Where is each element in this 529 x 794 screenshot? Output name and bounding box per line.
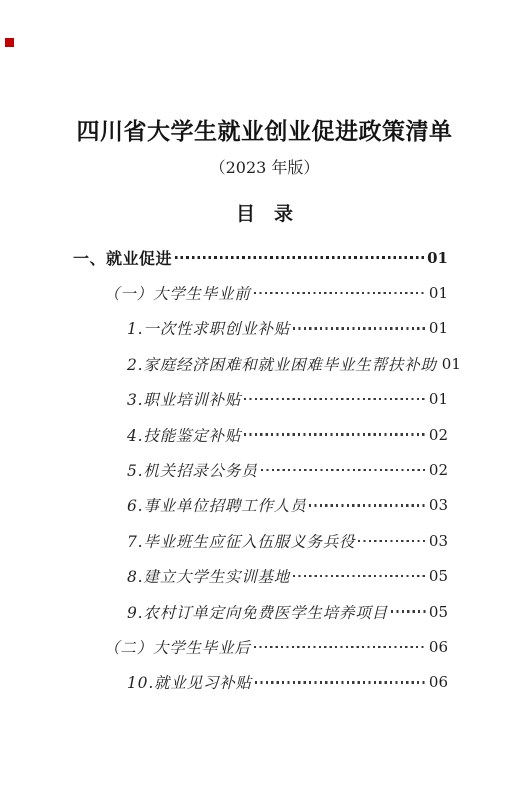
toc-page-number: 03 <box>429 532 448 550</box>
toc-entry-row: 3.职业培训补贴 01 <box>73 382 448 417</box>
toc-entry-label: 5.机关招录公务员 <box>127 459 258 481</box>
toc-entry-label: 10.就业见习补贴 <box>127 671 252 693</box>
toc-page-number: 03 <box>429 496 448 514</box>
toc-entry-label: 6.事业单位招聘工作人员 <box>127 494 306 516</box>
toc-page-number: 01 <box>442 355 461 373</box>
toc-page-number: 06 <box>429 638 448 656</box>
dotted-leader <box>254 646 427 648</box>
toc-entry-row: 4.技能鉴定补贴 02 <box>73 417 448 452</box>
toc-page-number: 01 <box>429 390 448 408</box>
toc-entry-row: （二）大学生毕业后 06 <box>73 629 448 664</box>
toc-entry-row: 6.事业单位招聘工作人员 03 <box>73 488 448 523</box>
dotted-leader <box>293 575 427 577</box>
document-title: 四川省大学生就业创业促进政策清单 <box>0 113 529 146</box>
dotted-leader <box>358 540 427 542</box>
document-page: 四川省大学生就业创业促进政策清单 （2023 年版） 目 录 一、就业促进 01… <box>0 0 529 794</box>
toc-entry-row: 1.一次性求职创业补贴 01 <box>73 311 448 346</box>
dotted-leader <box>255 681 427 683</box>
dotted-leader <box>254 292 427 294</box>
toc-entry-row: 8.建立大学生实训基地 05 <box>73 559 448 594</box>
toc-page-number: 05 <box>429 603 448 621</box>
toc-entry-row: 5.机关招录公务员 02 <box>73 452 448 487</box>
toc-entry-row: （一）大学生毕业前 01 <box>73 275 448 310</box>
document-subtitle: （2023 年版） <box>0 155 529 178</box>
toc-heading: 目 录 <box>0 199 529 226</box>
toc-page-number: 02 <box>429 426 448 444</box>
toc-entry-row: 2.家庭经济困难和就业困难毕业生帮扶补助 01 <box>73 346 448 381</box>
toc-entry-label: 3.职业培训补贴 <box>127 388 241 410</box>
toc-entry-label: 7.毕业班生应征入伍服义务兵役 <box>127 530 355 552</box>
toc-page-number: 02 <box>429 461 448 479</box>
toc-page-number: 01 <box>429 284 448 302</box>
toc-entry-label: 一、就业促进 <box>73 246 172 269</box>
dotted-leader <box>175 256 425 259</box>
toc-entry-row: 9.农村订单定向免费医学生培养项目 05 <box>73 594 448 629</box>
dotted-leader <box>244 398 427 400</box>
dotted-leader <box>391 610 427 612</box>
dotted-leader <box>309 504 427 506</box>
toc-entry-label: （一）大学生毕业前 <box>104 282 251 304</box>
toc-entry-label: 8.建立大学生实训基地 <box>127 565 290 587</box>
toc-entry-row: 10.就业见习补贴 06 <box>73 665 448 700</box>
toc-page-number: 06 <box>429 673 448 691</box>
dotted-leader <box>261 469 427 471</box>
toc-list: 一、就业促进 01 （一）大学生毕业前 01 1.一次性求职创业补贴 01 2.… <box>73 240 448 700</box>
toc-entry-label: 9.农村订单定向免费医学生培养项目 <box>127 601 388 623</box>
dotted-leader <box>293 327 427 329</box>
toc-entry-row: 7.毕业班生应征入伍服义务兵役 03 <box>73 523 448 558</box>
toc-entry-label: 4.技能鉴定补贴 <box>127 424 241 446</box>
red-corner-marker <box>5 38 14 47</box>
toc-page-number: 05 <box>429 567 448 585</box>
toc-entry-label: 1.一次性求职创业补贴 <box>127 317 290 339</box>
toc-entry-label: 2.家庭经济困难和就业困难毕业生帮扶补助 <box>127 353 437 375</box>
toc-entry-label: （二）大学生毕业后 <box>104 636 251 658</box>
toc-page-number: 01 <box>429 319 448 337</box>
toc-entry-row: 一、就业促进 01 <box>73 240 448 275</box>
dotted-leader <box>244 433 427 435</box>
toc-page-number: 01 <box>427 249 448 267</box>
